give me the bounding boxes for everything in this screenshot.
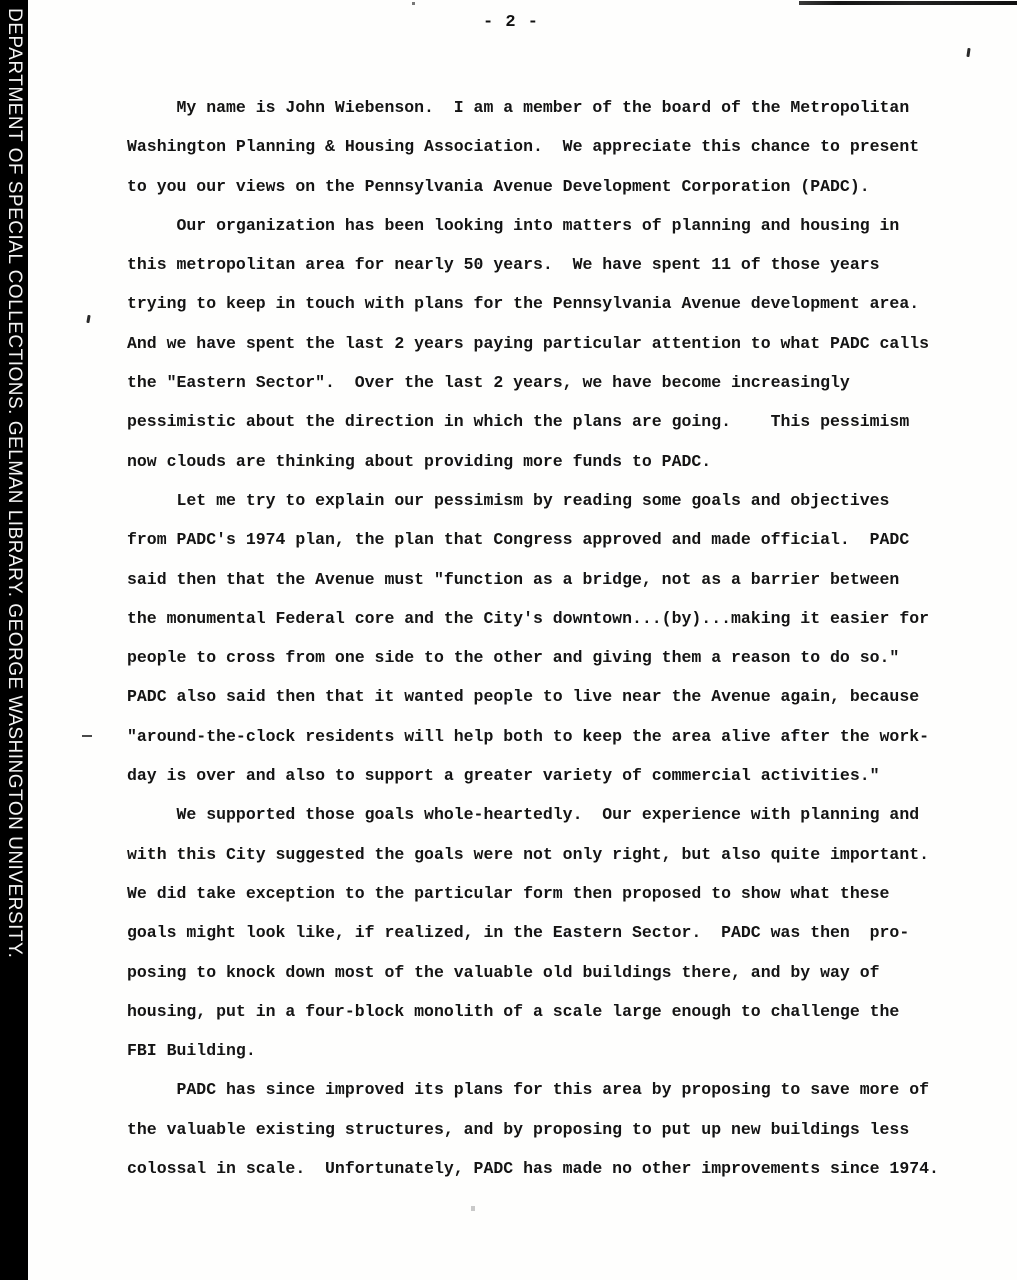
document-line: My name is John Wiebenson. I am a member… <box>127 88 957 127</box>
document-line: people to cross from one side to the oth… <box>127 638 957 677</box>
document-line: trying to keep in touch with plans for t… <box>127 284 957 323</box>
scan-artifact-speck <box>412 2 415 5</box>
library-stamp-bar: DEPARTMENT OF SPECIAL COLLECTIONS. GELMA… <box>0 0 28 1280</box>
document-line: said then that the Avenue must "function… <box>127 560 957 599</box>
document-line: this metropolitan area for nearly 50 yea… <box>127 245 957 284</box>
library-stamp-text: DEPARTMENT OF SPECIAL COLLECTIONS. GELMA… <box>3 8 25 958</box>
scan-artifact-tick <box>86 315 90 323</box>
document-line: FBI Building. <box>127 1031 957 1070</box>
document-line: colossal in scale. Unfortunately, PADC h… <box>127 1149 957 1188</box>
scan-artifact-speck <box>471 1206 475 1211</box>
document-line: PADC also said then that it wanted peopl… <box>127 677 957 716</box>
document-line: Our organization has been looking into m… <box>127 206 957 245</box>
document-line: We supported those goals whole-heartedly… <box>127 795 957 834</box>
document-line: Washington Planning & Housing Associatio… <box>127 127 957 166</box>
document-line: to you our views on the Pennsylvania Ave… <box>127 167 957 206</box>
document-line: the valuable existing structures, and by… <box>127 1110 957 1149</box>
document-line: now clouds are thinking about providing … <box>127 442 957 481</box>
page-number: - 2 - <box>483 13 539 32</box>
scanned-document-page: DEPARTMENT OF SPECIAL COLLECTIONS. GELMA… <box>0 0 1017 1280</box>
document-line: Let me try to explain our pessimism by r… <box>127 481 957 520</box>
document-line: PADC has since improved its plans for th… <box>127 1070 957 1109</box>
document-line: from PADC's 1974 plan, the plan that Con… <box>127 520 957 559</box>
scan-artifact-dash <box>82 735 92 737</box>
document-line: posing to knock down most of the valuabl… <box>127 953 957 992</box>
document-line: And we have spent the last 2 years payin… <box>127 324 957 363</box>
document-line: "around-the-clock residents will help bo… <box>127 717 957 756</box>
document-line: goals might look like, if realized, in t… <box>127 913 957 952</box>
document-line: We did take exception to the particular … <box>127 874 957 913</box>
scan-edge-rule <box>799 1 1017 5</box>
document-line: day is over and also to support a greate… <box>127 756 957 795</box>
document-line: housing, put in a four-block monolith of… <box>127 992 957 1031</box>
scan-artifact-tick <box>966 48 970 57</box>
document-line: pessimistic about the direction in which… <box>127 402 957 441</box>
document-line: the "Eastern Sector". Over the last 2 ye… <box>127 363 957 402</box>
document-line: with this City suggested the goals were … <box>127 835 957 874</box>
document-line: the monumental Federal core and the City… <box>127 599 957 638</box>
document-body: My name is John Wiebenson. I am a member… <box>127 88 957 1188</box>
